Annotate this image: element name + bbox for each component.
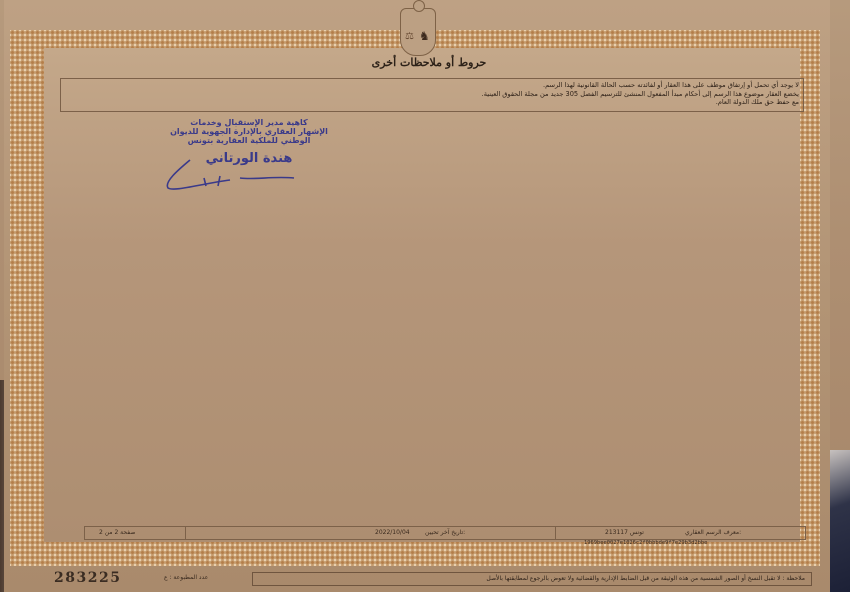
notes-box: لا يوجد أي تحمل أو إرتفاق موظف على هذا ا… (60, 78, 804, 112)
serial-number: 283225 (54, 570, 121, 586)
bottom-disclaimer: ملاحظة : لا تقبل النسخ أو الصور الشمسية … (252, 572, 812, 586)
stamp-line: الإشهار العقاري بالإدارة الجهوية للديوان (124, 127, 374, 136)
section-title: حروط أو ملاحظات أخرى (304, 56, 554, 69)
lion-icon: ♞ (419, 29, 430, 43)
background-fabric (828, 450, 850, 592)
title-id-label: معرف الرسم العقاري: (685, 527, 741, 539)
stamp-line: كاهية مدير الإستقبال وخدمات (124, 118, 374, 127)
note-line: لا يوجد أي تحمل أو إرتفاق موظف على هذا ا… (65, 81, 799, 90)
title-id: 213117 تونس (605, 527, 644, 539)
footer-info-bar: صفحة 2 من 2 2022/10/04 تاريخ آخر تحيين: … (84, 526, 806, 540)
verification-code: 1969bee0027e1026c2f0bbbde9f7e29b3d2bbe (584, 540, 707, 546)
stamp-line: الوطني للملكية العقارية بتونس (124, 136, 374, 145)
print-number-label: عدد المطبوعة : ع (164, 574, 208, 581)
document-page: ⚖ ♞ حروط أو ملاحظات أخرى لا يوجد أي تحمل… (4, 0, 830, 592)
scales-icon: ⚖ (405, 31, 414, 42)
last-update-date: 2022/10/04 (375, 527, 410, 539)
note-line: يخضع العقار موضوع هذا الرسم إلى أحكام مب… (65, 90, 799, 99)
divider (185, 527, 186, 539)
last-update-label: تاريخ آخر تحيين: (425, 527, 465, 539)
divider (555, 527, 556, 539)
page-indicator: صفحة 2 من 2 (99, 527, 135, 539)
coat-of-arms-icon: ⚖ ♞ (400, 8, 436, 56)
signature (160, 156, 300, 192)
crescent-icon (413, 0, 425, 12)
note-line: مع حفظ حق ملك الدولة العام. (65, 98, 799, 107)
